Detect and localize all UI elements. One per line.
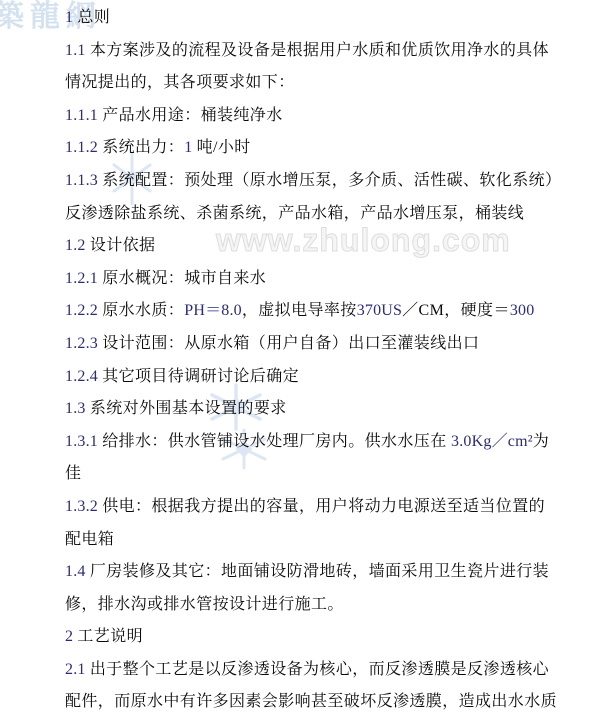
body-text: ，虚拟电导率按: [242, 302, 357, 319]
body-text: 配电箱: [65, 531, 114, 548]
text-line: 配件，而原水中有许多因素会影响甚至破坏反渗透膜，造成出水水质: [65, 686, 550, 719]
section-number: 1.1.1: [65, 107, 102, 124]
section-number: 300: [510, 302, 535, 319]
section-number: 1.2: [65, 237, 90, 254]
text-line: 1.4 厂房装修及其它：地面铺设防滑地砖，墙面采用卫生瓷片进行装: [65, 556, 550, 589]
document-body: 1 总则1.1 本方案涉及的流程及设备是根据用户水质和优质饮用净水的具体情况提出…: [0, 0, 590, 719]
document-page: 築龍網 www.zhulong.com: [0, 0, 590, 728]
body-text: 修，排水沟或排水管按设计进行施工。: [65, 596, 344, 613]
section-number: 1.1.2: [65, 139, 102, 156]
section-number: 1: [65, 9, 77, 26]
body-text: 系统配置：预处理（原水增压泵，多介质、活性碳、软化系统）: [102, 172, 561, 189]
text-line: 1.1 本方案涉及的流程及设备是根据用户水质和优质饮用净水的具体: [65, 35, 550, 68]
text-line: 佳: [65, 458, 550, 491]
body-text: 设计范围：从原水箱（用户自备）出口至灌装线出口: [102, 335, 479, 352]
text-line: 2.1 出于整个工艺是以反渗透设备为核心，而反渗透膜是反渗透核心: [65, 654, 550, 687]
body-text: 原水概况：城市自来水: [102, 270, 266, 287]
body-text: 给排水：供水管铺设水处理厂房内。供水水压在: [102, 433, 451, 450]
section-number: 1.3.2: [65, 498, 102, 515]
text-line: 配电箱: [65, 524, 550, 557]
body-text: 配件，而原水中有许多因素会影响甚至破坏反渗透膜，造成出水水质: [65, 693, 557, 710]
section-number: 3.0Kg／cm²: [451, 433, 533, 450]
text-line: 反渗透除盐系统、杀菌系统，产品水箱，产品水增压泵，桶装线: [65, 198, 550, 231]
text-line: 1.3.2 供电：根据我方提出的容量，用户将动力电源送至适当位置的: [65, 491, 550, 524]
section-number: 2: [65, 628, 77, 645]
body-text: 厂房装修及其它：地面铺设防滑地砖，墙面采用卫生瓷片进行装: [90, 563, 549, 580]
section-number: 1.2.3: [65, 335, 102, 352]
body-text: 佳: [65, 465, 81, 482]
body-text: 吨/小时: [197, 139, 251, 156]
text-line: 1.3.1 给排水：供水管铺设水处理厂房内。供水水压在 3.0Kg／cm²为: [65, 426, 550, 459]
text-line: 1.2.1 原水概况：城市自来水: [65, 263, 550, 296]
section-number: 1.1.3: [65, 172, 102, 189]
section-number: 1: [184, 139, 196, 156]
text-line: 修，排水沟或排水管按设计进行施工。: [65, 589, 550, 622]
body-text: 产品水用途：桶装纯净水: [102, 107, 282, 124]
text-line: 情况提出的，其各项要求如下：: [65, 67, 550, 100]
section-number: 1.2.4: [65, 368, 102, 385]
body-text: 总则: [77, 9, 110, 26]
body-text: 系统对外围基本设置的要求: [90, 400, 287, 417]
section-number: 1.2.1: [65, 270, 102, 287]
section-number: 2.1: [65, 661, 90, 678]
text-line: 1.2.2 原水水质：PH＝8.0，虚拟电导率按370US／CM，硬度＝300: [65, 295, 550, 328]
body-text: 其它项目待调研讨论后确定: [102, 368, 299, 385]
text-line: 1 总则: [65, 2, 550, 35]
section-number: 1.4: [65, 563, 90, 580]
body-text: 出于整个工艺是以反渗透设备为核心，而反渗透膜是反渗透核心: [90, 661, 549, 678]
text-line: 1.1.1 产品水用途：桶装纯净水: [65, 100, 550, 133]
section-number: 1.3.1: [65, 433, 102, 450]
section-number: 1.1: [65, 42, 90, 59]
section-number: PH＝8.0: [184, 302, 242, 319]
body-text: 本方案涉及的流程及设备是根据用户水质和优质饮用净水的具体: [90, 42, 549, 59]
body-text: 系统出力：: [102, 139, 184, 156]
body-text: 供电：根据我方提出的容量，用户将动力电源送至适当位置的: [102, 498, 545, 515]
body-text: 工艺说明: [77, 628, 143, 645]
body-text: 为: [533, 433, 549, 450]
section-number: 1.2.2: [65, 302, 102, 319]
section-number: 1.3: [65, 400, 90, 417]
text-line: 1.1.2 系统出力：1 吨/小时: [65, 132, 550, 165]
body-text: 反渗透除盐系统、杀菌系统，产品水箱，产品水增压泵，桶装线: [65, 205, 524, 222]
body-text: 设计依据: [90, 237, 156, 254]
text-line: 1.3 系统对外围基本设置的要求: [65, 393, 550, 426]
text-line: 2 工艺说明: [65, 621, 550, 654]
body-text: ／CM，硬度＝: [402, 302, 510, 319]
body-text: 情况提出的，其各项要求如下：: [65, 74, 295, 91]
body-text: 原水水质：: [102, 302, 184, 319]
text-line: 1.2.3 设计范围：从原水箱（用户自备）出口至灌装线出口: [65, 328, 550, 361]
text-line: 1.1.3 系统配置：预处理（原水增压泵，多介质、活性碳、软化系统）: [65, 165, 550, 198]
text-line: 1.2.4 其它项目待调研讨论后确定: [65, 361, 550, 394]
text-line: 1.2 设计依据: [65, 230, 550, 263]
section-number: 370US: [357, 302, 402, 319]
